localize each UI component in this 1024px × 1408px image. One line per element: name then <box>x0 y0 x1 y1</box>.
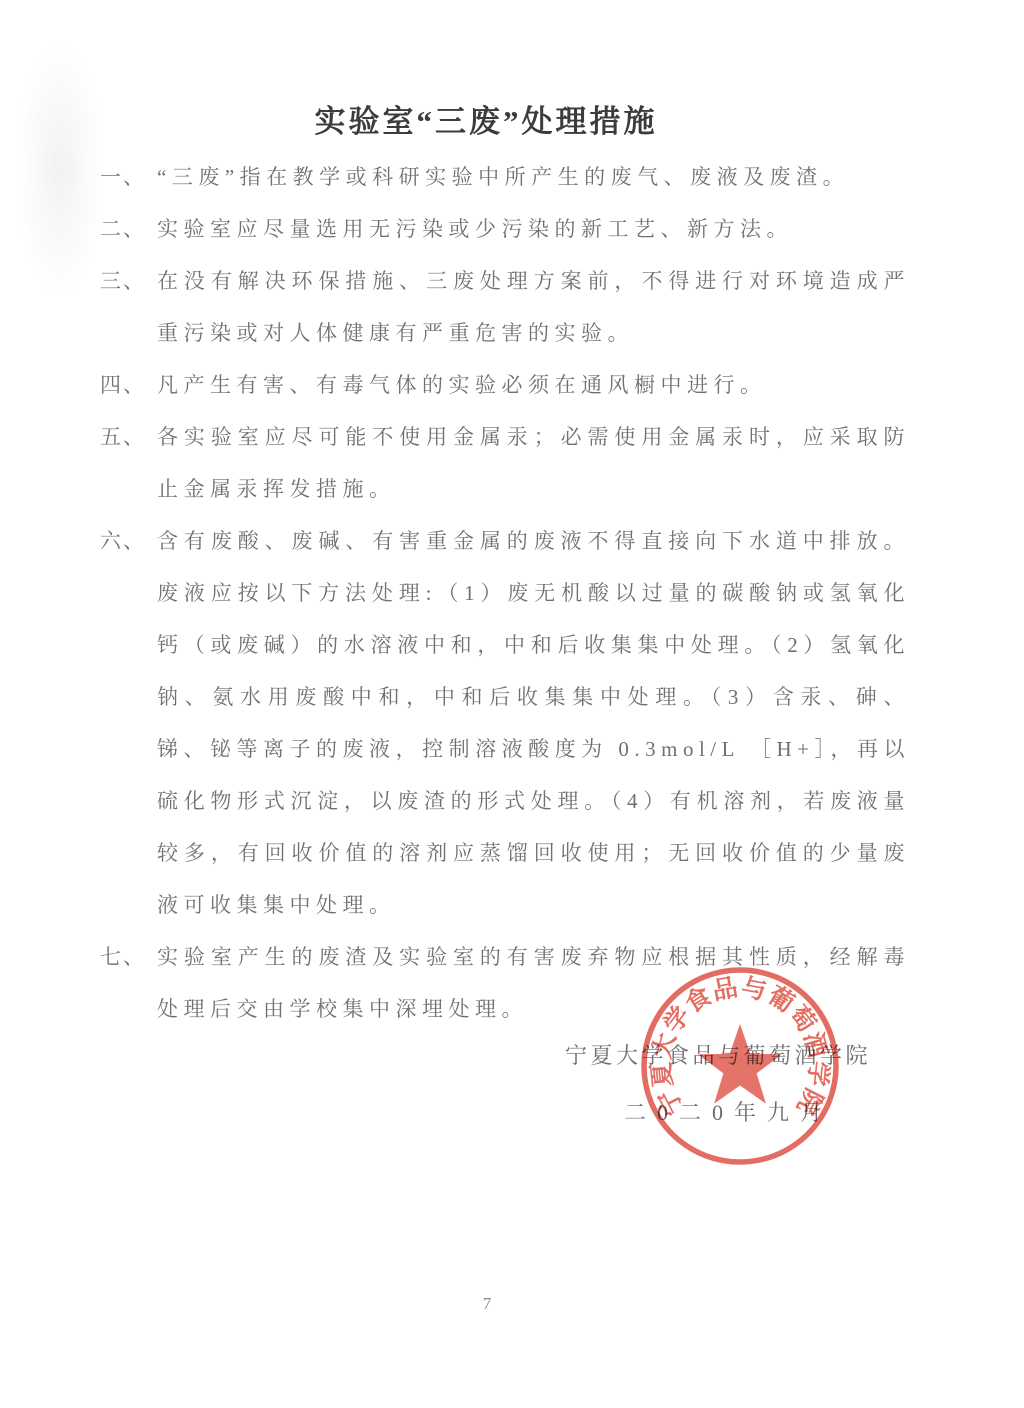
list-item: 五、各实验室应尽可能不使用金属汞；必需使用金属汞时，应采取防止金属汞挥发措施。 <box>100 411 910 515</box>
signature-date: 二0二0年九月 <box>624 1096 833 1127</box>
list-item: 四、凡产生有害、有毒气体的实验必须在通风橱中进行。 <box>100 359 910 411</box>
item-number: 六、 <box>100 515 146 567</box>
list-item: 三、在没有解决环保措施、三废处理方案前，不得进行对环境造成严重污染或对人体健康有… <box>100 255 910 359</box>
item-number: 四、 <box>100 359 146 411</box>
list-item: 六、含有废酸、废碱、有害重金属的废液不得直接向下水道中排放。废液应按以下方法处理… <box>100 515 910 931</box>
list-item: 二、实验室应尽量选用无污染或少污染的新工艺、新方法。 <box>100 203 910 255</box>
item-text: “三废”指在教学或科研实验中所产生的废气、废液及废渣。 <box>157 165 849 189</box>
item-number: 五、 <box>100 411 146 463</box>
item-text: 实验室应尽量选用无污染或少污染的新工艺、新方法。 <box>157 217 793 241</box>
item-text: 在没有解决环保措施、三废处理方案前，不得进行对环境造成严重污染或对人体健康有严重… <box>157 269 910 345</box>
item-text: 含有废酸、废碱、有害重金属的废液不得直接向下水道中排放。废液应按以下方法处理:（… <box>157 529 910 917</box>
document-page: 实验室“三废”处理措施 一、“三废”指在教学或科研实验中所产生的废气、废液及废渣… <box>0 0 1024 1408</box>
numbered-list: 一、“三废”指在教学或科研实验中所产生的废气、废液及废渣。 二、实验室应尽量选用… <box>100 151 910 1035</box>
list-item: 七、实验室产生的废渣及实验室的有害废弃物应根据其性质，经解毒处理后交由学校集中深… <box>100 931 910 1035</box>
item-number: 三、 <box>100 255 146 307</box>
item-number: 七、 <box>100 931 146 983</box>
item-number: 二、 <box>100 203 146 255</box>
item-text: 凡产生有害、有毒气体的实验必须在通风橱中进行。 <box>157 373 767 397</box>
page-number: 7 <box>0 1294 999 1314</box>
item-text: 实验室产生的废渣及实验室的有害废弃物应根据其性质，经解毒处理后交由学校集中深埋处… <box>157 945 910 1021</box>
item-number: 一、 <box>100 151 146 203</box>
page-title: 实验室“三废”处理措施 <box>0 96 998 141</box>
item-text: 各实验室应尽可能不使用金属汞；必需使用金属汞时，应采取防止金属汞挥发措施。 <box>157 425 910 501</box>
signature-organization: 宁夏大学食品与葡萄酒学院 <box>565 1039 871 1070</box>
list-item: 一、“三废”指在教学或科研实验中所产生的废气、废液及废渣。 <box>100 151 910 203</box>
